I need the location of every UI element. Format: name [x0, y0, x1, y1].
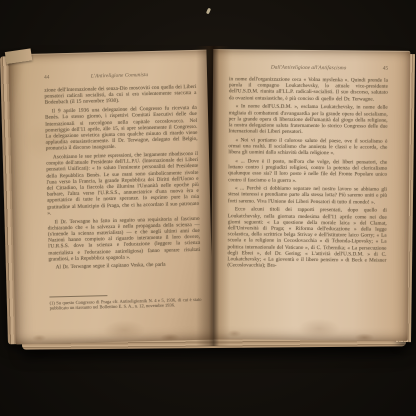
paragraph: Il Dr. Terwagne ha fatto in seguito una … — [48, 215, 201, 262]
paragraph: « ... Perchè ci dobbiamo separare nel no… — [228, 186, 387, 206]
left-page-header: 44 L'Antireligione Comunista — [44, 71, 195, 81]
footnote-rule — [49, 295, 107, 297]
paragraph: Ecco alcuni titoli dei rapporti presenta… — [227, 207, 387, 270]
right-running-head: Dall'Antireligione all'Antifascismo — [249, 64, 368, 71]
paragraph: Ascoltiamo le sue prime espressioni, che… — [46, 151, 199, 217]
paragraph: « In nome dell'U.S.D.M. », esclama Louka… — [229, 104, 388, 136]
dust-speck — [206, 8, 211, 15]
paragraph: « ... Dove è il posto, nell'ora che volg… — [228, 158, 387, 184]
right-page-header: Dall'Antireligione all'Antifascismo 45 — [229, 64, 388, 71]
right-page: Dall'Antireligione all'Antifascismo 45 i… — [211, 49, 411, 341]
left-page-body: zione dell'Internazionale dei senza-Dio … — [44, 84, 201, 274]
footnote-text: (1) Su questo Congresso di Praga cfr. An… — [50, 297, 202, 312]
paragraph: Al Dr. Terwagne segue il capitano Voska,… — [49, 261, 201, 271]
paragraph: « Noi vi portiamo il caloroso saluto del… — [228, 137, 387, 157]
page-corner-fold — [5, 48, 32, 64]
left-page-number: 44 — [44, 74, 64, 80]
photo-background: 44 L'Antireligione Comunista zione dell'… — [0, 0, 416, 416]
right-page-number: 45 — [368, 65, 388, 71]
paragraph: in nome dell'organizzazione ceca « Volna… — [229, 76, 388, 102]
paragraph: zione dell'Internazionale dei senza-Dio … — [44, 84, 196, 106]
open-book: 44 L'Antireligione Comunista zione dell'… — [4, 46, 414, 352]
paragraph: Il 9 aprile 1936 una delegazione del Con… — [45, 105, 198, 152]
left-page: 44 L'Antireligione Comunista zione dell'… — [8, 50, 213, 345]
left-running-head: L'Antireligione Comunista — [64, 71, 175, 80]
right-page-body: in nome dell'organizzazione ceca « Volna… — [227, 76, 388, 272]
